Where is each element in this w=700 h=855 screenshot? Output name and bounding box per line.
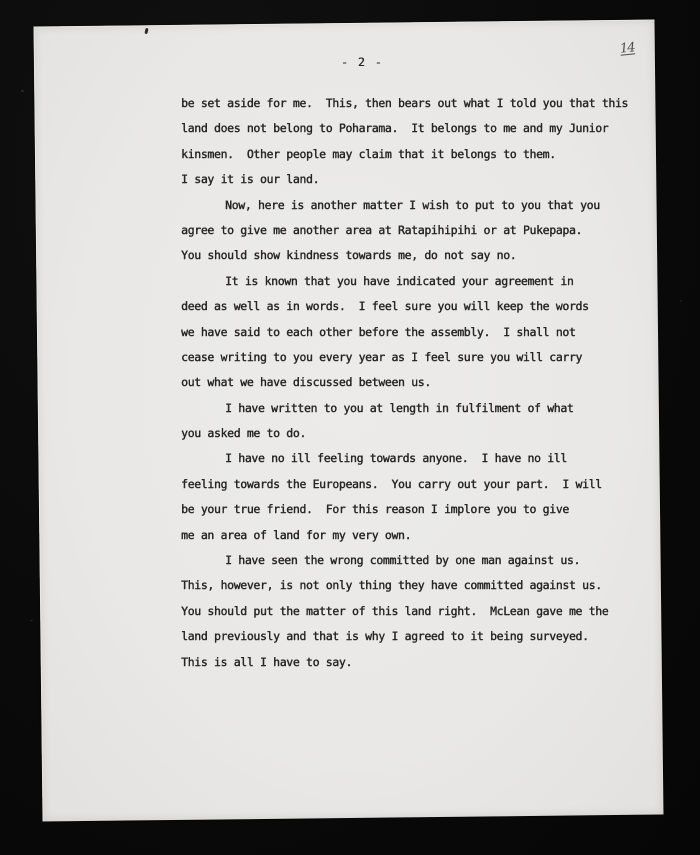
typed-line: I have seen the wrong committed by one m… [181,548,641,573]
typed-line: be your true friend. For this reason I i… [181,497,641,522]
typed-line: I have written to you at length in fulfi… [181,396,641,421]
typed-line: land does not belong to Poharama. It bel… [181,116,641,141]
typed-line: This is all I have to say. [181,650,641,675]
typed-line: deed as well as in words. I feel sure yo… [181,294,641,319]
typed-line: I have no ill feeling towards anyone. I … [181,446,641,471]
typed-line: I say it is our land. [181,167,641,192]
typed-line: agree to give me another area at Ratapih… [181,218,641,243]
ink-fleck [144,28,148,35]
typed-letter-page: - 2 - 14 be set aside for me. This, then… [0,0,700,855]
typed-line: You should show kindness towards me, do … [181,243,641,268]
typed-line: land previously and that is why I agreed… [181,624,641,649]
typed-line: be set aside for me. This, then bears ou… [181,91,641,116]
letter-body: be set aside for me. This, then bears ou… [181,91,641,675]
typed-line: out what we have discussed between us. [181,370,641,395]
typed-line: feeling towards the Europeans. You carry… [181,472,641,497]
typed-line: kinsmen. Other people may claim that it … [181,142,641,167]
typed-line: This, however, is not only thing they ha… [181,573,641,598]
typed-line: cease writing to you every year as I fee… [181,345,641,370]
page-number: - 2 - [341,55,383,69]
typed-line: you asked me to do. [181,421,641,446]
typed-line: You should put the matter of this land r… [181,599,641,624]
handwritten-folio-number: 14 [619,40,635,56]
typed-line: we have said to each other before the as… [181,320,641,345]
typed-line: Now, here is another matter I wish to pu… [181,193,641,218]
typed-line: It is known that you have indicated your… [181,269,641,294]
typed-line: me an area of land for my very own. [181,523,641,548]
scanned-document-view: - 2 - 14 be set aside for me. This, then… [0,0,700,855]
